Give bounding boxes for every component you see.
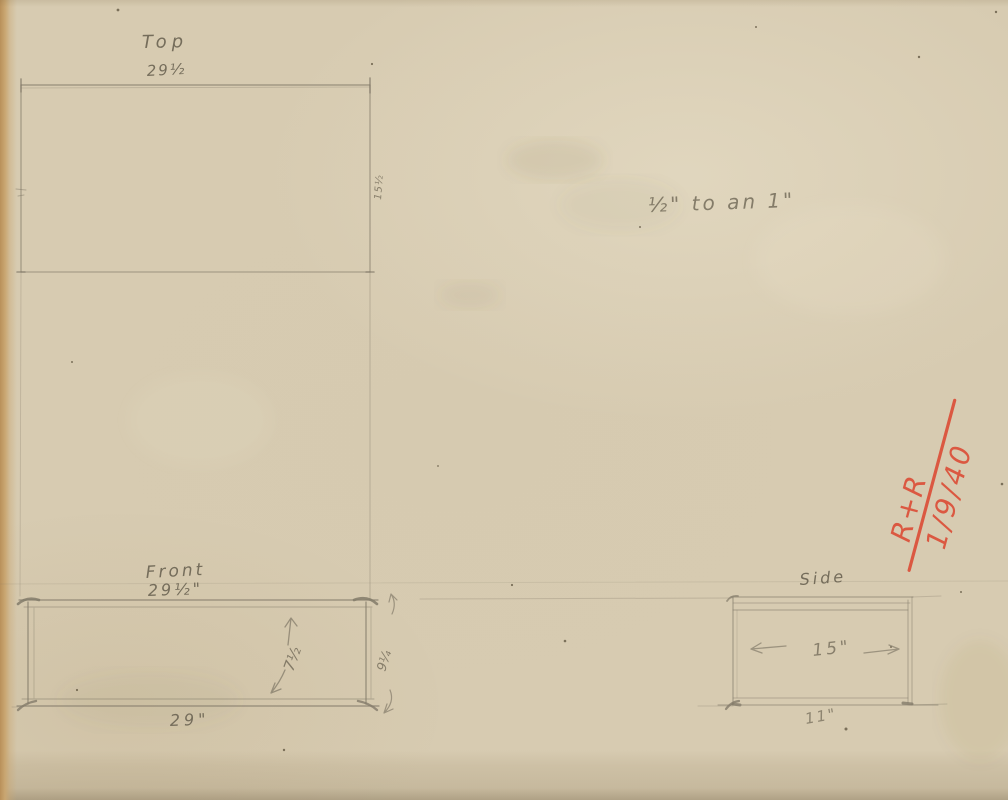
measured-drawing: Top 29½ 15½ ½" to an 1" R+R 1/9/40 Front… (0, 0, 1008, 800)
scale-note: ½" to an 1" (647, 188, 795, 217)
side-view: Side 15" 11" (718, 567, 938, 728)
top-view-width-dim: 29½ (146, 60, 187, 80)
front-outer-height-dim: 9¼ (375, 648, 396, 673)
red-signature: R+R 1/9/40 (877, 392, 989, 580)
paper-stains (60, 140, 1008, 760)
top-view-label: Top (142, 31, 189, 53)
front-inner-height-dim: 7½ (280, 644, 305, 673)
front-bottom-width-dim: 29" (169, 710, 209, 730)
outer-height-dimension: 9¼ (375, 594, 397, 713)
top-view-depth-dim: 15½ (372, 174, 386, 200)
top-view: Top 29½ 15½ (16, 31, 386, 599)
side-bottom-width-dim: 11" (804, 705, 839, 728)
scanned-drawing-sheet: Top 29½ 15½ ½" to an 1" R+R 1/9/40 Front… (0, 0, 1008, 800)
side-view-label: Side (799, 567, 847, 589)
side-width-dim: 15" (811, 637, 851, 661)
side-width-dimension: 15" (751, 637, 899, 661)
front-top-width-dim: 29½" (147, 579, 203, 600)
side-foot-right (903, 703, 912, 704)
inner-height-dimension: 7½ (271, 618, 305, 693)
